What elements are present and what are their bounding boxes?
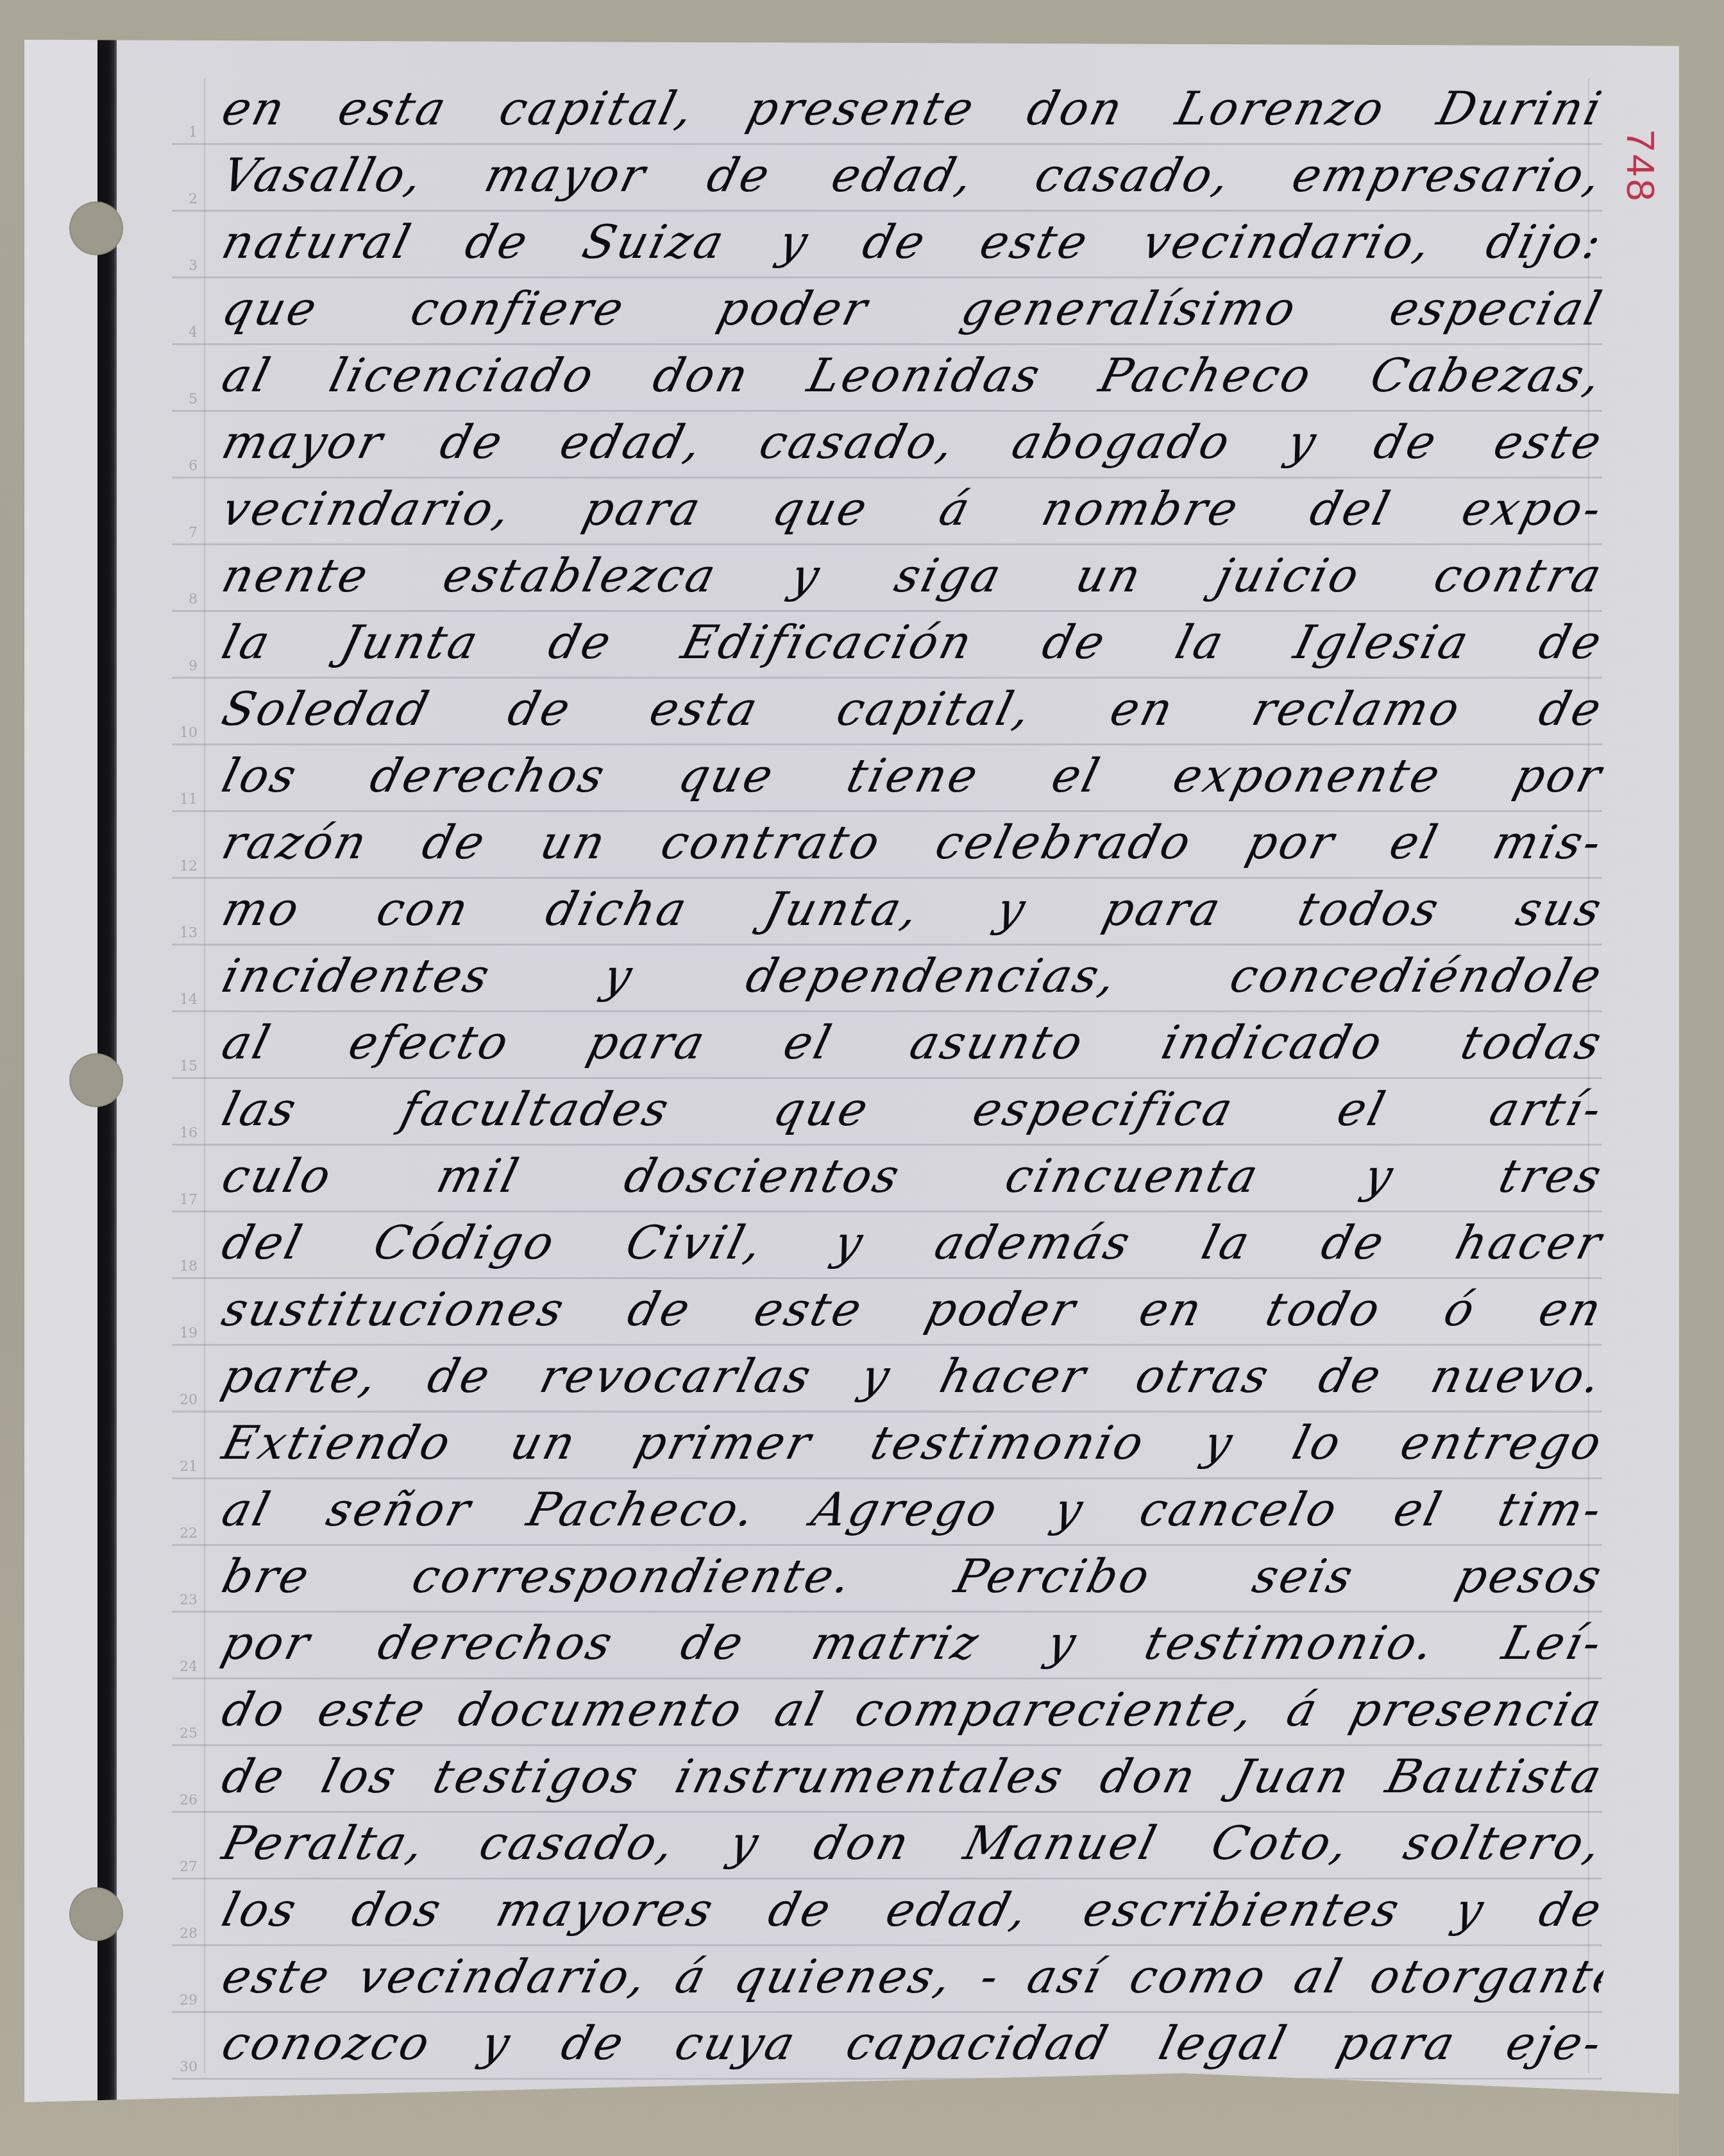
line-number: 11	[172, 792, 198, 808]
line-number: 1	[172, 124, 198, 140]
scan-right-edge	[1679, 0, 1724, 2156]
text-line: 5al licenciado don Leonidas Pacheco Cabe…	[172, 345, 1602, 412]
text-line: 22al señor Pacheco. Agrego y cancelo el …	[172, 1479, 1602, 1546]
handwritten-line: nente establezca y siga un juicio contra	[217, 548, 1609, 602]
line-number: 16	[172, 1125, 198, 1141]
text-line: 19sustituciones de este poder en todo ó …	[172, 1279, 1602, 1346]
handwritten-line: Soledad de esta capital, en reclamo de	[217, 682, 1609, 736]
text-line: 26de los testigos instrumentales don Jua…	[172, 1746, 1602, 1813]
handwritten-line: vecindario, para que á nombre del expo-	[217, 482, 1609, 536]
document-page: 748 1en esta capital, presente don Loren…	[24, 40, 1679, 2102]
line-number: 30	[172, 2059, 198, 2075]
line-number: 20	[172, 1392, 198, 1408]
handwritten-line: de los testigos instrumentales don Juan …	[217, 1749, 1609, 1803]
line-number: 18	[172, 1259, 198, 1275]
handwritten-line: Extiendo un primer testimonio y lo entre…	[217, 1416, 1609, 1470]
line-number: 9	[172, 658, 198, 674]
handwritten-line: los derechos que tiene el exponente por	[217, 749, 1609, 802]
text-line: 10Soledad de esta capital, en reclamo de	[172, 679, 1602, 745]
line-number: 29	[172, 1992, 198, 2008]
handwritten-line: natural de Suiza y de este vecindario, d…	[217, 215, 1609, 269]
handwritten-line: sustituciones de este poder en todo ó en	[217, 1282, 1609, 1336]
handwritten-line: al licenciado don Leonidas Pacheco Cabez…	[217, 348, 1609, 402]
handwritten-line: culo mil doscientos cincuenta y tres	[217, 1149, 1609, 1203]
line-number: 13	[172, 925, 198, 941]
handwritten-line: parte, de revocarlas y hacer otras de nu…	[217, 1349, 1609, 1403]
handwritten-line: mo con dicha Junta, y para todos sus	[217, 882, 1609, 936]
line-number: 21	[172, 1459, 198, 1475]
text-line: 3natural de Suiza y de este vecindario, …	[172, 212, 1602, 278]
text-line: 12razón de un contrato celebrado por el …	[172, 812, 1602, 879]
text-line: 16las facultades que especifica el artí-	[172, 1079, 1602, 1146]
folio-number: 748	[1618, 130, 1663, 203]
line-number: 24	[172, 1659, 198, 1675]
text-line: 28los dos mayores de edad, escribientes …	[172, 1880, 1602, 1946]
line-number: 6	[172, 458, 198, 474]
text-line: 6mayor de edad, casado, abogado y de est…	[172, 412, 1602, 479]
handwritten-line: incidentes y dependencias, concediéndole	[217, 949, 1609, 1003]
punch-hole-icon	[69, 1887, 123, 1941]
handwritten-line: los dos mayores de edad, escribientes y …	[217, 1883, 1609, 1937]
line-number: 2	[172, 191, 198, 207]
text-line: 24por derechos de matriz y testimonio. L…	[172, 1613, 1602, 1679]
handwritten-line: razón de un contrato celebrado por el mi…	[217, 815, 1609, 869]
punch-hole-icon	[69, 1053, 123, 1107]
line-number: 22	[172, 1525, 198, 1541]
handwritten-line: mayor de edad, casado, abogado y de este	[217, 415, 1609, 469]
text-line: 18del Código Civil, y además la de hacer	[172, 1212, 1602, 1279]
line-number: 27	[172, 1859, 198, 1875]
handwritten-line: Peralta, casado, y don Manuel Coto, solt…	[217, 1816, 1609, 1870]
line-number: 7	[172, 525, 198, 541]
text-line: 27Peralta, casado, y don Manuel Coto, so…	[172, 1813, 1602, 1880]
punch-hole-icon	[69, 201, 123, 255]
line-number: 25	[172, 1726, 198, 1742]
handwritten-line: por derechos de matriz y testimonio. Leí…	[217, 1616, 1609, 1670]
text-line: 29este vecindario, á quienes, - así como…	[172, 1946, 1602, 2013]
handwritten-line: las facultades que especifica el artí-	[217, 1082, 1609, 1136]
line-number: 8	[172, 591, 198, 607]
text-line: 2Vasallo, mayor de edad, casado, empresa…	[172, 145, 1602, 212]
handwritten-line: al efecto para el asunto indicado todas	[217, 1015, 1609, 1069]
text-line: 23bre correspondiente. Percibo seis peso…	[172, 1546, 1602, 1613]
handwritten-line: conozco y de cuya capacidad legal para e…	[217, 2016, 1609, 2070]
handwritten-line: del Código Civil, y además la de hacer	[217, 1216, 1609, 1269]
text-line: 4que confiere poder generalísimo especia…	[172, 278, 1602, 345]
line-number: 3	[172, 258, 198, 274]
line-number: 5	[172, 391, 198, 407]
line-number: 14	[172, 992, 198, 1008]
handwritten-line: este vecindario, á quienes, - así como a…	[217, 1949, 1609, 2003]
text-line: 8nente establezca y siga un juicio contr…	[172, 545, 1602, 612]
handwritten-line: do este documento al compareciente, á pr…	[217, 1683, 1609, 1736]
text-line: 9la Junta de Edificación de la Iglesia d…	[172, 612, 1602, 679]
line-number: 15	[172, 1058, 198, 1074]
text-line: 11los derechos que tiene el exponente po…	[172, 745, 1602, 812]
text-line: 1en esta capital, presente don Lorenzo D…	[172, 78, 1602, 145]
line-number: 10	[172, 725, 198, 741]
text-line: 25do este documento al compareciente, á …	[172, 1679, 1602, 1746]
line-number: 28	[172, 1926, 198, 1942]
text-line: 14incidentes y dependencias, concediéndo…	[172, 946, 1602, 1012]
text-line: 30conozco y de cuya capacidad legal para…	[172, 2013, 1602, 2080]
handwritten-line: que confiere poder generalísimo especial	[217, 282, 1609, 335]
line-number: 4	[172, 325, 198, 341]
handwritten-line: al señor Pacheco. Agrego y cancelo el ti…	[217, 1482, 1609, 1536]
ruled-writing-area: 1en esta capital, presente don Lorenzo D…	[172, 78, 1602, 2073]
text-line: 13mo con dicha Junta, y para todos sus	[172, 879, 1602, 946]
text-line: 17culo mil doscientos cincuenta y tres	[172, 1146, 1602, 1212]
line-number: 23	[172, 1592, 198, 1608]
text-line: 15al efecto para el asunto indicado toda…	[172, 1012, 1602, 1079]
text-line: 21Extiendo un primer testimonio y lo ent…	[172, 1413, 1602, 1479]
line-number: 17	[172, 1192, 198, 1208]
handwritten-line: la Junta de Edificación de la Iglesia de	[217, 615, 1609, 669]
line-number: 26	[172, 1792, 198, 1808]
line-number: 12	[172, 858, 198, 874]
text-line: 7vecindario, para que á nombre del expo-	[172, 479, 1602, 545]
handwritten-line: bre correspondiente. Percibo seis pesos	[217, 1549, 1609, 1603]
text-line: 20parte, de revocarlas y hacer otras de …	[172, 1346, 1602, 1413]
line-number: 19	[172, 1325, 198, 1341]
handwritten-line: en esta capital, presente don Lorenzo Du…	[217, 81, 1609, 135]
handwritten-line: Vasallo, mayor de edad, casado, empresar…	[217, 148, 1609, 202]
